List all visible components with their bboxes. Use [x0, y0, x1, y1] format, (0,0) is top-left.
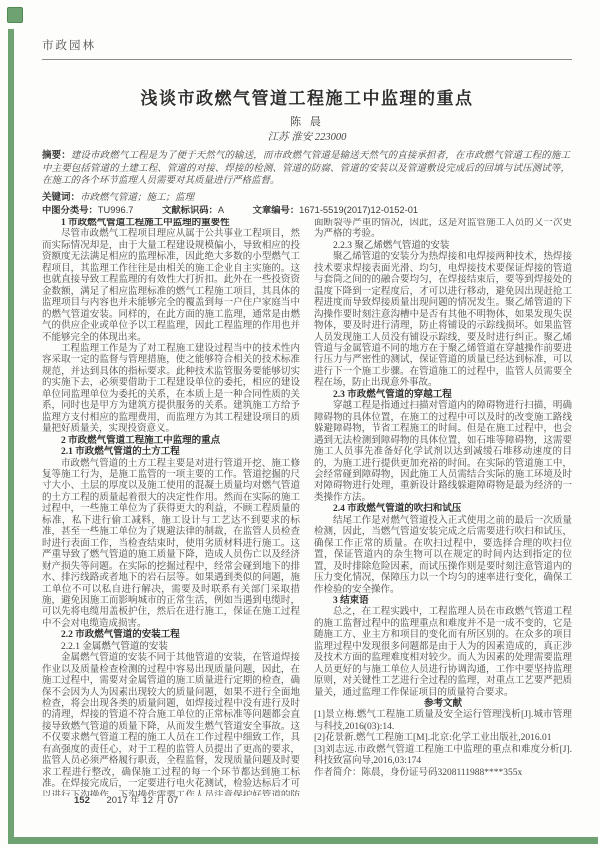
abstract-text: 建设市政燃气工程是为了便于天然气的输送，而市政燃气管道是输送天然气的直接承担者，… — [42, 151, 570, 186]
section-heading: 2.2 市政燃气管道的安装工程 — [42, 630, 300, 641]
scanned-paper-page: 市政园林 浅谈市政燃气管道工程施工中监理的重点 陈 晨 江苏 淮安 223000… — [0, 0, 600, 848]
reference-item: [3]刘志远.市政燃气管道工程施工中监理的重点和难度分析[J].科技致富向导,2… — [314, 745, 572, 768]
paragraph: 穿越工程是指通过扫描对管道内的障碍物进行扫描，明确障碍物的具体位置，在施工的过程… — [314, 401, 572, 504]
abstract-label: 摘要： — [42, 151, 71, 161]
left-column: 1 市政燃气管道工程施工中监理的重要性尽管市政燃气工程项目理应从属于公共事业工程… — [42, 218, 300, 796]
article-no-value: 1671-5519(2017)12-0152-01 — [299, 205, 418, 215]
page-number: 152 — [74, 795, 90, 806]
page-footer: 152 2017 年 12 月 07 — [74, 792, 178, 806]
doc-code-pair: 文献标识码：A — [162, 205, 224, 215]
paragraph: 工程监理工作是为了对工程施工建设过程当中的技术性内容采取一定的监督与管理措施，使… — [42, 344, 300, 436]
section-heading: 1 市政燃气管道工程施工中监理的重要性 — [42, 218, 300, 229]
abstract-block: 摘要：建设市政燃气工程是为了便于天然气的输送，而市政燃气管道是输送天然气的直接承… — [42, 150, 570, 188]
paragraph: 尽管市政燃气工程项目理应从属于公共事业工程项目，然而实际情况却是，由于大量工程建… — [42, 229, 300, 344]
classification-line: 中图分类号：TU996.7 文献标识码：A 文章编号：1671-5519(201… — [42, 202, 570, 216]
section-heading: 2.1 市政燃气管道的土方工程 — [42, 447, 300, 458]
article-title: 浅谈市政燃气管道工程施工中监理的重点 — [42, 84, 572, 109]
journal-section-label: 市政园林 — [42, 40, 96, 52]
reference-item: [1]景立梅.燃气工程施工质量及安全运行管理浅析[J].城市管理与科技,2016… — [314, 710, 572, 733]
left-accent-bar — [8, 29, 14, 843]
section-heading: 2.2.1 金属燃气管道的安装 — [42, 642, 300, 653]
section-heading: 2 市政燃气管道工程施工中监理的重点 — [42, 436, 300, 447]
references-heading: 参考文献 — [314, 699, 572, 710]
clc-pair: 中图分类号：TU996.7 — [42, 205, 133, 215]
paragraph: 总之，在工程实践中，工程监理人员在市政燃气管道工程的施工监督过程中的监理重点和难… — [314, 607, 572, 699]
paragraph: 市政燃气管道的土方工程主要是对进行管道开挖、施工修复等施工行为，是施工监管的一项… — [42, 459, 300, 631]
author-name: 陈 晨 — [42, 113, 572, 129]
reference-item: [2]花景新.燃气工程施工[M].北京:化学工业出版社,2016.01 — [314, 733, 572, 744]
paragraph: 面断裂等严重的情况，因此，这是对监管施工人员的又一次更为严格的考验。 — [314, 218, 572, 241]
page-header: 市政园林 — [42, 36, 572, 60]
corner-accent-square — [7, 7, 23, 23]
paragraph: 聚乙烯管道的安装分为热焊接和电焊接两种技术，热焊接技术要求焊接表面光滑、均匀，电… — [314, 252, 572, 389]
doc-code-label: 文献标识码： — [162, 206, 218, 216]
section-heading: 2.3 市政燃气管道的穿越工程 — [314, 390, 572, 401]
article-no-pair: 文章编号：1671-5519(2017)12-0152-01 — [253, 205, 418, 215]
reference-item: 作者简介：陈晨，身份证号码3208111988****355x — [314, 768, 572, 779]
author-affiliation: 江苏 淮安 223000 — [42, 129, 572, 144]
article-no-label: 文章编号： — [253, 206, 300, 216]
clc-value: TU996.7 — [98, 205, 134, 215]
paragraph: 金属燃气管道的安装不同于其他管道的安装，在管道焊接作业以及质量检查检测的过程中容… — [42, 653, 300, 796]
issue-date: 2017 年 12 月 07 — [107, 795, 179, 806]
right-column: 面断裂等严重的情况，因此，这是对监管施工人员的又一次更为严格的考验。2.2.3 … — [314, 218, 572, 796]
article-body: 1 市政燃气管道工程施工中监理的重要性尽管市政燃气工程项目理应从属于公共事业工程… — [42, 218, 572, 796]
clc-label: 中图分类号： — [42, 206, 98, 216]
keywords-line: 关键词：市政燃气管道；施工；监理 — [42, 189, 570, 203]
section-heading: 2.2.3 聚乙烯燃气管道的安装 — [314, 241, 572, 252]
bottom-accent-bar — [8, 837, 598, 844]
section-heading: 2.4 市政燃气管道的吹扫和试压 — [314, 504, 572, 515]
paragraph: 结尾工作是对燃气管道投入正式使用之前的最后一次质量检测，因此，当燃气管道安装完成… — [314, 516, 572, 596]
section-heading: 3 结束语 — [314, 596, 572, 607]
doc-code-value: A — [218, 205, 224, 215]
